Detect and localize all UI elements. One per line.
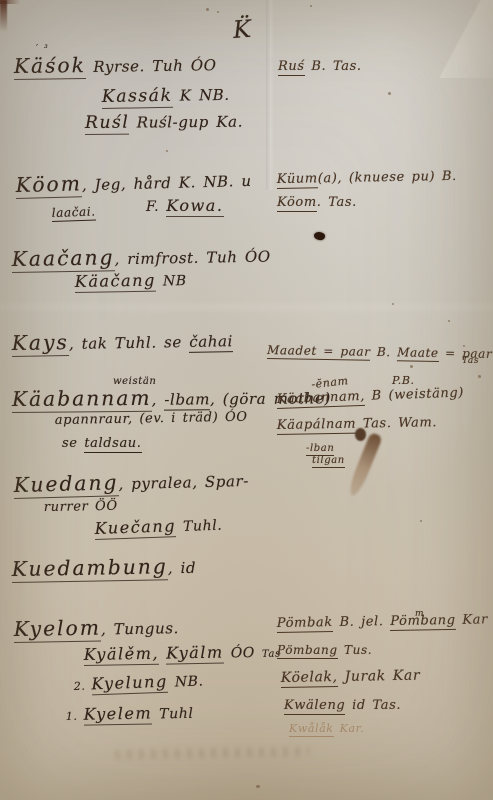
comparison-word: Käapálnam xyxy=(277,417,357,435)
entry-kasok-line2: Kassák K NB. xyxy=(102,86,230,106)
entry-kaabannam-right2: Käapálnam Tas. Wam. xyxy=(277,416,437,432)
entry-kyelom-line1: Kyelom, Tungus. xyxy=(14,616,179,640)
entry-text: Ryrse. Tuh ÓO xyxy=(86,56,217,76)
headword: Kays xyxy=(12,330,69,357)
entry-kuedang-line2: rurrer ÖÖ xyxy=(44,500,118,515)
ink-speck xyxy=(310,5,312,7)
entry-kays-line1: Kays, tak Tuhl. se čahai xyxy=(12,329,234,354)
variant-word: Kuečang xyxy=(94,516,176,540)
entry-kyelom-right3: Köelak, Jurak Kar xyxy=(281,669,421,686)
variant-word: Kyälm xyxy=(166,643,224,665)
entry-kays-right-tail: Tas xyxy=(462,357,479,366)
entry-text: Tuhl. xyxy=(176,518,223,536)
variant-word: Kyälěm, xyxy=(84,644,160,666)
entry-text: Jurak Kar xyxy=(337,668,420,685)
entry-text: apannraur, (ev. i träd) ÓO xyxy=(55,410,248,428)
entry-text: (a), (knuese pu) B. xyxy=(318,169,457,186)
entry-kyelom-line2: Kyälěm, Kyälm ÓO Tas xyxy=(84,644,281,664)
entry-koom-right1: Küum(a), (knuese pu) B. xyxy=(277,170,457,187)
entry-kaabannam-right3: -lban xyxy=(306,444,334,455)
entry-text: Tuhl xyxy=(152,706,194,723)
ink-speck xyxy=(388,92,391,95)
page-letter-header: K̈ xyxy=(232,17,252,43)
header-letter: K̈ xyxy=(232,15,252,44)
interlinear-note: P.B. xyxy=(392,374,415,387)
suffix-note: tilgan xyxy=(312,455,345,468)
ink-speck xyxy=(410,365,413,368)
entry-kaabannam-line3: se taldsau. xyxy=(62,437,142,451)
variant-word: Käačang xyxy=(75,271,156,293)
manuscript-page: K̈ ′ ³ Käśok Ryrse. Tuh ÓO Ruś B. Tas. K… xyxy=(0,0,493,800)
entry-kyelom-right4: Kwäleng id Tas. xyxy=(284,699,401,713)
headword: Käśok xyxy=(14,53,86,80)
entry-kaacang-line2: Käačang NB xyxy=(75,272,187,291)
entry-kays-right1: Maadet = paar B. Maate = paar xyxy=(267,344,492,361)
ink-speck xyxy=(256,785,260,788)
ink-speck xyxy=(217,11,219,13)
ink-speck xyxy=(166,150,168,152)
entry-text: NB. xyxy=(167,673,203,690)
entry-kasok-right1: Ruś B. Tas. xyxy=(278,60,362,74)
top-right-fold xyxy=(433,0,493,78)
comparison-word: Ruś xyxy=(278,59,305,76)
ink-speck xyxy=(448,320,450,322)
entry-text: , Jeg, hård K. NB. u xyxy=(82,172,252,194)
entry-kaabannam-right4: tilgan xyxy=(312,456,345,467)
entry-text: K NB. xyxy=(172,86,230,105)
entry-koom-line2a: laačai. xyxy=(52,205,96,219)
headword: Kyelom xyxy=(14,615,102,643)
interlinear-note: -ĕnam xyxy=(311,374,349,391)
pencil-annotation: Kwålåk xyxy=(289,722,334,737)
entry-text: , rimfrost. Tuh ÓO xyxy=(114,247,271,268)
ink-speck xyxy=(420,520,422,522)
entry-koom-line1: Köom, Jeg, hård K. NB. u xyxy=(15,169,251,196)
entry-text: B. jel. xyxy=(333,614,391,630)
comparison-word: Pömbang xyxy=(390,613,456,631)
comparison-word: Maate xyxy=(397,345,439,362)
entry-text: , id xyxy=(168,559,197,577)
comparison-word: Köom xyxy=(277,195,317,212)
entry-text: NB xyxy=(156,273,187,290)
ink-speck xyxy=(392,303,394,305)
comparison-word: Küum xyxy=(277,171,318,189)
entry-kaabannam-right-sup1: -ĕnam xyxy=(311,375,349,390)
entry-kuedambung-line1: Kuedambung, id xyxy=(12,556,197,580)
entry-text: , xyxy=(152,391,165,409)
entry-kyelom-right2: Pömbang Tus. xyxy=(277,644,372,657)
entry-kuedang-line3: Kuečang Tuhl. xyxy=(94,517,222,538)
entry-kasok-line1: Käśok Ryrse. Tuh ÓO xyxy=(14,53,217,77)
source-abbrev: Tas xyxy=(462,356,479,366)
entry-kyelom-right1: Pömbak B. jel. Pömbang Kar xyxy=(277,613,488,630)
entry-text: B. Tas. xyxy=(305,59,362,74)
ink-speck xyxy=(206,8,209,11)
entry-text: Tas. Wam. xyxy=(356,415,437,431)
entry-text: Tus. xyxy=(338,643,373,657)
entry-text: . Tas. xyxy=(317,195,357,210)
vertical-crease xyxy=(266,0,274,190)
entry-kyelom-line3: 2. Kyelung NB. xyxy=(73,672,203,693)
comparison-word: Köelak, xyxy=(281,669,338,688)
entry-text: se xyxy=(62,436,84,451)
comparison-word: Maadet = paar xyxy=(267,343,371,361)
stain-tail xyxy=(346,432,383,498)
reference-word: taldsau. xyxy=(84,436,141,453)
entry-kasok-line3: Ruśl Ruśl-gup Ka. xyxy=(85,113,243,132)
comparison-word: Pömbang xyxy=(277,643,338,659)
ink-blot xyxy=(313,230,326,241)
variant-word: Kassák xyxy=(102,86,173,109)
entry-kaabannam-right-sup2: P.B. xyxy=(392,375,415,387)
pencil-annotation: Kar. xyxy=(334,722,365,735)
headword: Kaačang xyxy=(12,245,115,273)
variant-word: Ruśl xyxy=(85,113,130,135)
diacritic-text: ′ ³ xyxy=(36,44,48,54)
headword: Kuedang xyxy=(13,470,118,499)
entry-kyelom-right5: Kwålåk Kar. xyxy=(289,723,364,735)
variant-word: Kowa. xyxy=(166,196,223,217)
comparison-word: Käabannam, xyxy=(276,389,365,409)
reference-word: čahai xyxy=(189,332,233,353)
sense-number: 1. xyxy=(66,710,84,723)
entry-text: Ruśl-gup Ka. xyxy=(129,113,243,132)
top-left-dark-edge xyxy=(0,0,7,32)
entry-text: Kar xyxy=(455,612,487,628)
headword: Köom xyxy=(15,171,82,199)
entry-text: ÓO xyxy=(224,645,263,662)
variant-word: laačai. xyxy=(52,204,96,222)
comparison-word: Pömbak xyxy=(277,615,333,633)
variant-word: Kyelung xyxy=(91,672,168,696)
entry-koom-right2: Köom. Tas. xyxy=(277,196,357,210)
top-edge-shadow xyxy=(0,0,20,4)
headword: Kuedambung xyxy=(12,554,168,583)
stain-smudge xyxy=(348,428,400,502)
entry-kuedang-line1: Kuedang, pyralea, Spar- xyxy=(13,469,249,496)
variant-word: Kyelem xyxy=(83,703,152,725)
entry-text: , tak Tuhl. se xyxy=(69,333,190,353)
entry-koom-line2b: F. Kowa. xyxy=(146,198,224,215)
entry-text: , pyralea, Spar- xyxy=(118,472,249,493)
entry-text: , Tungus. xyxy=(101,619,179,638)
entry-kaabannam-line2: apannraur, (ev. i träd) ÓO xyxy=(55,411,248,428)
suffix-form: -lbam xyxy=(164,390,210,410)
entry-text: id Tas. xyxy=(345,698,401,713)
bleed-through-text xyxy=(115,746,310,759)
horizontal-crease xyxy=(0,300,493,314)
entry-text: B. xyxy=(370,345,397,359)
comparison-word: Kwäleng xyxy=(284,698,345,715)
sense-number: 2. xyxy=(74,679,92,693)
entry-kaacang-line1: Kaačang, rimfrost. Tuh ÓO xyxy=(12,244,271,270)
entry-text: B (weistäng) xyxy=(365,385,465,403)
headword: Käabannam xyxy=(12,386,152,413)
entry-text: rurrer ÖÖ xyxy=(44,499,118,515)
entry-text: F. xyxy=(146,199,166,215)
ink-speck xyxy=(478,375,481,378)
entry-kyelom-line4: 1. Kyelem Tuhl xyxy=(66,705,194,724)
